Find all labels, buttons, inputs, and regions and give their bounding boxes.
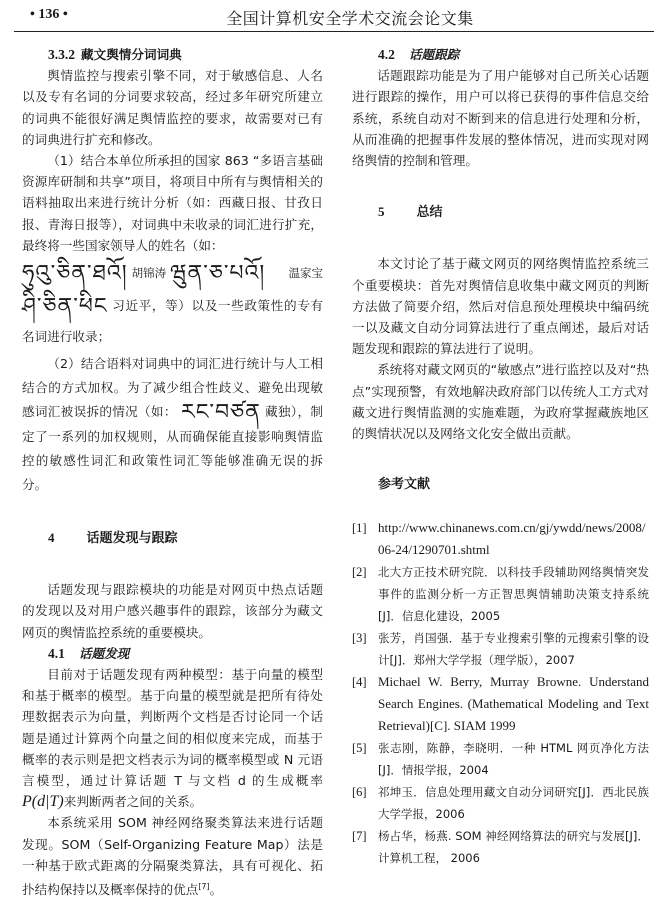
citation: [7] <box>198 882 209 891</box>
chinese-name: 胡锦涛 <box>132 266 167 280</box>
section-title: 总结 <box>417 205 443 220</box>
paragraph: 目前对于话题发现有两种模型：基于向量的模型和基于概率的模型。基于向量的模型就是把… <box>22 664 323 812</box>
right-column: 4.2话题跟踪 话题跟踪功能是为了用户能够对自己所关心话题进行跟踪的操作，用户可… <box>352 44 649 869</box>
section-title: 话题发现 <box>79 646 129 661</box>
reference-text: 张志刚，陈静，李晓明．一种 HTML 网页净化方法[J]．情报学报，2004 <box>378 737 649 781</box>
reference-number: [3] <box>352 627 378 671</box>
reference-text: 杨占华，杨燕. SOM 神经网络算法的研究与发展[J]．计算机工程， 2006 <box>378 825 649 869</box>
reference-item: [6] 祁坤玉．信息处理用藏文自动分词研究[J]．西北民族大学学报，2006 <box>352 781 649 825</box>
section-title: 话题跟踪 <box>409 47 459 62</box>
reference-number: [7] <box>352 825 378 869</box>
punctuation: 。 <box>210 882 223 897</box>
section-number: 4.1 <box>48 646 65 661</box>
chinese-name: 温家宝 <box>289 256 324 290</box>
paragraph: 本文讨论了基于藏文网页的网络舆情监控系统三个重要模块：首先对舆情信息收集中藏文网… <box>352 253 649 359</box>
reference-text: Michael W. Berry, Murray Browne. Underst… <box>378 671 649 737</box>
left-column: 3.3.2藏文舆情分词词典 舆情监控与搜索引擎不同，对于敏感信息、人名以及专有名… <box>22 44 323 900</box>
section-number: 3.3.2 <box>48 47 75 62</box>
tibetan-text: རང་བཙན <box>181 400 261 425</box>
section-number: 4.2 <box>378 47 395 62</box>
reference-item: [1] http://www.chinanews.com.cn/gj/ywdd/… <box>352 517 649 561</box>
paragraph-text: 来判断两者之间的关系。 <box>64 794 203 809</box>
reference-number: [1] <box>352 517 378 561</box>
paragraph: 本系统采用 SOM 神经网络聚类算法来进行话题发现。SOM（Self-Organ… <box>22 812 323 900</box>
paragraph-text: 本系统采用 SOM 神经网络聚类算法来进行话题发现。SOM（Self-Organ… <box>22 815 323 897</box>
formula: P(d|T) <box>22 793 64 810</box>
section-4-heading: 4话题发现与跟踪 <box>22 527 323 549</box>
reference-text: 北大方正技术研究院．以科技手段辅助网络舆情突发事件的监测分析一方正智思舆情辅助决… <box>378 561 649 627</box>
page-header: • 136 • 全国计算机安全学术交流会论文集 <box>0 0 669 30</box>
section-4-2-heading: 4.2话题跟踪 <box>352 44 649 65</box>
reference-text: 祁坤玉．信息处理用藏文自动分词研究[J]．西北民族大学学报，2006 <box>378 781 649 825</box>
paragraph: （2）结合语料对词典中的词汇进行统计与人工相结合的方式加权。为了减少组合性歧义、… <box>22 352 323 497</box>
reference-number: [4] <box>352 671 378 737</box>
paragraph: 系统将对藏文网页的“敏感点”进行监控以及对“热点”实现预警，有效地解决政府部门以… <box>352 359 649 444</box>
reference-number: [2] <box>352 561 378 627</box>
tibetan-text: ཧུའུ་ཅིན་ཐའོ། <box>22 261 128 286</box>
tibetan-text: ཝུན་ཅ་པའོ། <box>170 261 265 286</box>
section-3-3-2-heading: 3.3.2藏文舆情分词词典 <box>22 44 323 65</box>
section-title: 藏文舆情分词词典 <box>81 47 182 62</box>
paragraph: 话题跟踪功能是为了用户能够对自己所关心话题进行跟踪的操作，用户可以将已获得的事件… <box>352 65 649 171</box>
reference-number: [5] <box>352 737 378 781</box>
reference-item: [2] 北大方正技术研究院．以科技手段辅助网络舆情突发事件的监测分析一方正智思舆… <box>352 561 649 627</box>
reference-item: [4] Michael W. Berry, Murray Browne. Und… <box>352 671 649 737</box>
paragraph-text: 目前对于话题发现有两种模型：基于向量的模型和基于概率的模型。基于向量的模型就是把… <box>22 667 323 788</box>
section-title: 话题发现与跟踪 <box>87 531 178 546</box>
reference-item: [3] 张芳，肖国强．基于专业搜索引擎的元搜索引擎的设计[J]．郑州大学学报（理… <box>352 627 649 671</box>
reference-text: http://www.chinanews.com.cn/gj/ywdd/news… <box>378 517 649 561</box>
section-4-1-heading: 4.1话题发现 <box>22 643 323 664</box>
page-number: • 136 • <box>30 7 68 23</box>
tibetan-text: ཤི་ཅིན་ཕིང <box>22 294 108 319</box>
references-heading: 参考文献 <box>352 474 649 495</box>
reference-text: 张芳，肖国强．基于专业搜索引擎的元搜索引擎的设计[J]．郑州大学学报（理学版），… <box>378 627 649 671</box>
paragraph: （1）结合本单位所承担的国家 863 “多语言基础资源库研制和共享”项目，将项目… <box>22 150 323 256</box>
running-title: 全国计算机安全学术交流会论文集 <box>180 6 520 29</box>
paragraph: ཤི་ཅིན་ཕིང 习近平，等）以及一些政策性的专有名词进行收录； <box>22 291 323 352</box>
section-number: 4 <box>48 530 55 545</box>
section-5-heading: 5总结 <box>352 201 649 223</box>
reference-item: [5] 张志刚，陈静，李晓明．一种 HTML 网页净化方法[J]．情报学报，20… <box>352 737 649 781</box>
tibetan-names-line: ཧུའུ་ཅིན་ཐའོ། 胡锦涛 ཝུན་ཅ་པའོ། 温家宝 <box>22 256 323 291</box>
paragraph: 舆情监控与搜索引擎不同，对于敏感信息、人名以及专有名词的分词要求较高，经过多年研… <box>22 65 323 150</box>
reference-number: [6] <box>352 781 378 825</box>
reference-item: [7] 杨占华，杨燕. SOM 神经网络算法的研究与发展[J]．计算机工程， 2… <box>352 825 649 869</box>
header-rule <box>14 31 654 32</box>
section-number: 5 <box>378 204 385 219</box>
paragraph: 话题发现与跟踪模块的功能是对网页中热点话题的发现以及对用户感兴趣事件的跟踪，该部… <box>22 579 323 643</box>
